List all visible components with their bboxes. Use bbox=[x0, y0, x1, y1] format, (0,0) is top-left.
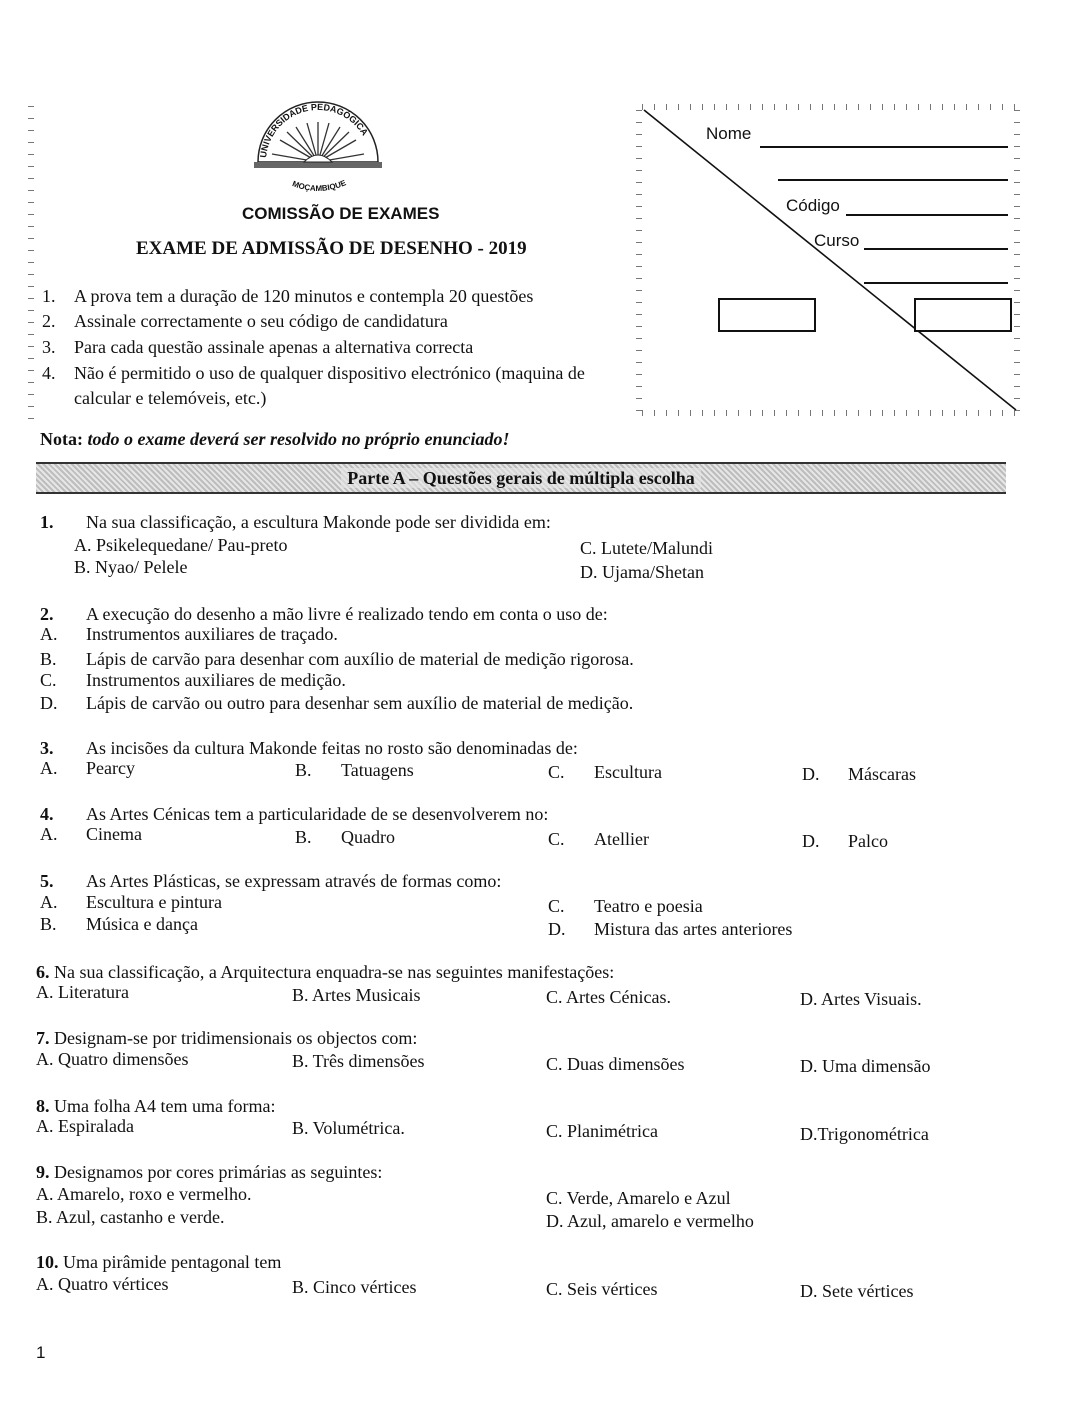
option-a[interactable]: A. Quatro dimensões bbox=[36, 1049, 188, 1070]
diagonal-divider bbox=[636, 104, 1020, 416]
option-d[interactable]: D. Sete vértices bbox=[800, 1281, 913, 1302]
option-b[interactable]: B. Nyao/ Pelele bbox=[74, 557, 187, 578]
name-field-line-1[interactable] bbox=[760, 146, 1008, 148]
option-c[interactable]: C. Seis vértices bbox=[546, 1279, 657, 1300]
name-label: Nome bbox=[706, 124, 751, 144]
instruction-item: 4.Não é permitido o uso de qualquer disp… bbox=[42, 363, 585, 384]
instruction-item: 2.Assinale correctamente o seu código de… bbox=[42, 311, 448, 332]
question-number: 2. bbox=[40, 604, 86, 625]
question-text: Designam-se por tridimensionais os objec… bbox=[54, 1028, 417, 1048]
code-box-left[interactable] bbox=[718, 298, 816, 332]
instruction-item: 1.A prova tem a duração de 120 minutos e… bbox=[42, 286, 533, 307]
name-field-line-2[interactable] bbox=[778, 179, 1008, 181]
option-c[interactable]: C.Instrumentos auxiliares de medição. bbox=[40, 670, 346, 691]
page-number: 1 bbox=[36, 1343, 45, 1363]
question-text: A execução do desenho a mão livre é real… bbox=[86, 604, 608, 624]
question-number: 1. bbox=[40, 512, 86, 533]
option-c[interactable]: C.Teatro e poesia bbox=[548, 896, 703, 917]
code-field-line[interactable] bbox=[846, 214, 1008, 216]
option-b[interactable]: B. Azul, castanho e verde. bbox=[36, 1207, 224, 1228]
commission-title: COMISSÃO DE EXAMES bbox=[242, 204, 439, 224]
question-number: 4. bbox=[40, 804, 86, 825]
option-a[interactable]: A. Quatro vértices bbox=[36, 1274, 168, 1295]
note-label: Nota: bbox=[40, 429, 83, 449]
question-text: Na sua classificação, a Arquitectura enq… bbox=[54, 962, 614, 982]
section-title: Parte A – Questões gerais de múltipla es… bbox=[341, 468, 700, 488]
logo-emblem-icon: UNIVERSIDADE PEDAGÓGICA MOÇAMBIQUE bbox=[248, 100, 388, 200]
question-number: 10. bbox=[36, 1252, 59, 1272]
option-d[interactable]: D.Palco bbox=[802, 831, 888, 852]
question-text: Na sua classificação, a escultura Makond… bbox=[86, 512, 551, 532]
option-a[interactable]: A. Amarelo, roxo e vermelho. bbox=[36, 1184, 251, 1205]
exam-title: EXAME DE ADMISSÃO DE DESENHO - 2019 bbox=[136, 238, 527, 260]
option-d[interactable]: D. Uma dimensão bbox=[800, 1056, 930, 1077]
option-c[interactable]: C.Escultura bbox=[548, 762, 662, 783]
option-b[interactable]: B.Música e dança bbox=[40, 914, 198, 935]
option-b[interactable]: B. Volumétrica. bbox=[292, 1118, 405, 1139]
option-a[interactable]: A.Instrumentos auxiliares de traçado. bbox=[40, 624, 338, 645]
option-c[interactable]: C. Artes Cénicas. bbox=[546, 987, 671, 1008]
course-field-line-2[interactable] bbox=[864, 282, 1008, 284]
course-field-line-1[interactable] bbox=[864, 248, 1008, 250]
option-d[interactable]: D. Artes Visuais. bbox=[800, 989, 922, 1010]
option-d[interactable]: D. Azul, amarelo e vermelho bbox=[546, 1211, 754, 1232]
question-number: 5. bbox=[40, 871, 86, 892]
svg-text:MOÇAMBIQUE: MOÇAMBIQUE bbox=[291, 178, 348, 193]
note-text: todo o exame deverá ser resolvido no pró… bbox=[88, 429, 510, 449]
option-b[interactable]: B.Quadro bbox=[295, 827, 395, 848]
option-c[interactable]: C. Verde, Amarelo e Azul bbox=[546, 1188, 731, 1209]
instruction-item: 3.Para cada questão assinale apenas a al… bbox=[42, 337, 473, 358]
option-c[interactable]: C. Duas dimensões bbox=[546, 1054, 685, 1075]
question-text: Uma pirâmide pentagonal tem bbox=[63, 1252, 281, 1272]
instruction-item-continuation: calcular e telemóveis, etc.) bbox=[74, 388, 266, 409]
option-d[interactable]: D.Lápis de carvão ou outro para desenhar… bbox=[40, 693, 633, 714]
section-banner: Parte A – Questões gerais de múltipla es… bbox=[36, 462, 1006, 494]
margin-hatch-left bbox=[28, 100, 34, 420]
code-label: Código bbox=[786, 196, 840, 216]
option-c[interactable]: C. Lutete/Malundi bbox=[580, 538, 713, 559]
code-box-right[interactable] bbox=[914, 298, 1012, 332]
option-c[interactable]: C.Atellier bbox=[548, 829, 649, 850]
option-a[interactable]: A.Cinema bbox=[40, 824, 142, 845]
question-text: As incisões da cultura Makonde feitas no… bbox=[86, 738, 578, 758]
option-a[interactable]: A. Psikelequedane/ Pau-preto bbox=[74, 535, 287, 556]
course-label: Curso bbox=[814, 231, 859, 251]
option-d[interactable]: D.Trigonométrica bbox=[800, 1124, 929, 1145]
option-a[interactable]: A. Literatura bbox=[36, 982, 129, 1003]
question-number: 9. bbox=[36, 1162, 50, 1182]
option-a[interactable]: A.Pearcy bbox=[40, 758, 135, 779]
candidate-info-box: Nome Código Curso bbox=[636, 104, 1020, 416]
option-b[interactable]: B.Lápis de carvão para desenhar com auxí… bbox=[40, 649, 634, 670]
question-text: Designamos por cores primárias as seguin… bbox=[54, 1162, 382, 1182]
option-a[interactable]: A. Espiralada bbox=[36, 1116, 134, 1137]
question-number: 8. bbox=[36, 1096, 50, 1116]
question-number: 6. bbox=[36, 962, 50, 982]
option-a[interactable]: A.Escultura e pintura bbox=[40, 892, 222, 913]
question-number: 7. bbox=[36, 1028, 50, 1048]
option-b[interactable]: B. Cinco vértices bbox=[292, 1277, 416, 1298]
question-number: 3. bbox=[40, 738, 86, 759]
option-d[interactable]: D.Mistura das artes anteriores bbox=[548, 919, 792, 940]
option-b[interactable]: B.Tatuagens bbox=[295, 760, 414, 781]
option-c[interactable]: C. Planimétrica bbox=[546, 1121, 658, 1142]
question-text: As Artes Cénicas tem a particularidade d… bbox=[86, 804, 548, 824]
option-d[interactable]: D.Máscaras bbox=[802, 764, 916, 785]
university-logo: UNIVERSIDADE PEDAGÓGICA MOÇAMBIQUE bbox=[248, 100, 388, 200]
option-b[interactable]: B. Três dimensões bbox=[292, 1051, 425, 1072]
question-text: Uma folha A4 tem uma forma: bbox=[54, 1096, 275, 1116]
note: Nota: todo o exame deverá ser resolvido … bbox=[40, 429, 509, 450]
option-d[interactable]: D. Ujama/Shetan bbox=[580, 562, 704, 583]
question-text: As Artes Plásticas, se expressam através… bbox=[86, 871, 501, 891]
option-b[interactable]: B. Artes Musicais bbox=[292, 985, 421, 1006]
